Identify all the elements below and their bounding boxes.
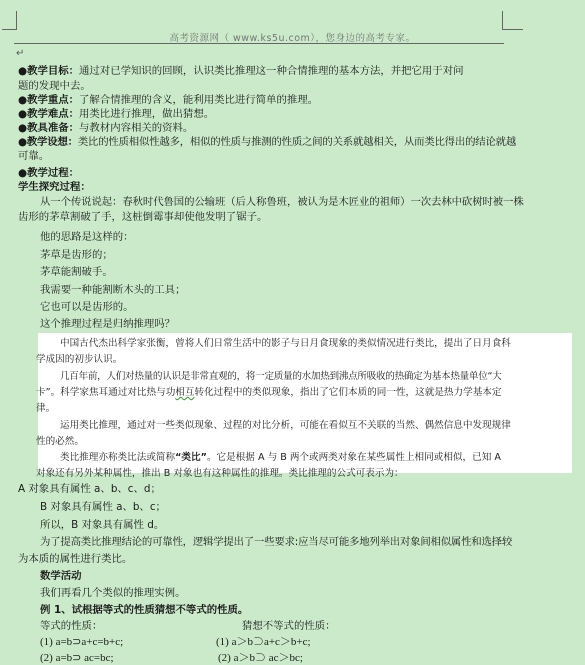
reliability-note-line-2: 为本质的属性进行类比。 <box>18 553 132 566</box>
reasoning-step: 他的思路是这样的： <box>40 231 134 244</box>
grammar-flag-text: 相互 <box>175 387 194 398</box>
objective-text: 与教材内容相关的资料。 <box>79 122 193 134</box>
inequality-properties-header: 猜想不等式的性质： <box>242 620 336 633</box>
objective-text: 通过对已学知识的回顾，认识类比推理这一种合情推理的基本方法，并把它用于对问 <box>79 65 463 77</box>
objective-key-point: ●教学重点：了解合情推理的含义，能利用类比进行简单的推理。 <box>18 94 318 107</box>
example-title: 例 1、试根据等式的性质猜想不等式的性质。 <box>40 604 248 617</box>
quote-p4-line2: 对象还有另外某种属性，推出 B 对象也有这种属性的推理。类比推理的公式可表示为： <box>36 468 404 480</box>
analogy-examples-box: 中国古代杰出科学家张衡，曾将人们日常生活中的影子与日月食现象的类似情况进行类比，… <box>38 333 572 473</box>
quote-p3-line2: 性的必然。 <box>36 436 84 448</box>
objective-design-cont: 可靠。 <box>18 150 49 163</box>
objective-goal-cont: 题的发现中去。 <box>18 80 91 93</box>
equality-properties-header: 等式的性质： <box>40 620 102 633</box>
header-divider <box>14 43 504 44</box>
objective-label: ●教学重点： <box>18 94 79 106</box>
equality-property-2: (2) a=b⊃ ac=bc; <box>40 652 114 665</box>
quote-p1-line1: 中国古代杰出科学家张衡，曾将人们日常生活中的影子与日月食现象的类似情况进行类比，… <box>60 338 511 350</box>
objective-label: ●教具准备： <box>18 122 79 134</box>
reasoning-step: 茅草是齿形的； <box>40 249 113 262</box>
quote-text: 转化过程中的类似现象，指出了它们本质的同一性，这就是热力学基本定 <box>194 387 501 398</box>
quote-p2-line3: 律。 <box>36 403 55 415</box>
objective-text: 用类比进行推理，做出猜想。 <box>79 108 214 120</box>
quote-p2-line2: 卡”。科学家焦耳通过对比热与功相互转化过程中的类似现象，指出了它们本质的同一性，… <box>36 387 501 399</box>
quote-p2-line1: 几百年前，人们对热量的认识是非常直观的，将一定质量的水加热到沸点所吸收的热确定为… <box>60 371 501 383</box>
student-exploration-title: 学生探究过程： <box>18 181 91 194</box>
activity-title: 数学活动 <box>40 570 82 583</box>
objective-difficulty: ●教学难点：用类比进行推理，做出猜想。 <box>18 108 214 121</box>
objective-materials: ●教具准备：与教材内容相关的资料。 <box>18 122 193 135</box>
story-line-2: 齿形的茅草割破了手，这桩倒霉事却使他发明了锯子。 <box>18 211 267 224</box>
formula-line-b: B 对象具有属性 a、b、c； <box>40 501 166 514</box>
quote-text: 。它是根据 A 与 B 两个或两类对象在某些属性上相同或相似，已知 A <box>207 452 501 463</box>
story-line-1: 从一个传说说起：春秋时代鲁国的公输班（后人称鲁班，被认为是木匠业的祖师）一次去林… <box>40 196 524 209</box>
quote-p1-line2: 学成因的初步认识。 <box>36 354 122 366</box>
quote-p4-line1: 类比推理亦称类比法或简称“类比”。它是根据 A 与 B 两个或两类对象在某些属性… <box>60 452 501 464</box>
objective-design: ●教学设想：类比的性质相似性越多，相似的性质与推测的性质之间的关系就越相关，从而… <box>18 136 516 149</box>
objective-label: ●教学难点： <box>18 108 79 120</box>
quote-p3-line1: 运用类比推理，通过对一些类似现象、过程的对比分析，可能在看似互不关联的当然、偶然… <box>60 420 511 432</box>
reasoning-step: 我需要一种能割断木头的工具； <box>40 284 185 297</box>
process-title: ●教学过程： <box>18 167 79 180</box>
objective-goal: ●教学目标：通过对已学知识的回顾，认识类比推理这一种合情推理的基本方法，并把它用… <box>18 65 463 78</box>
objective-label: ●教学设想： <box>18 136 78 148</box>
formula-line-a: A 对象具有属性 a、b、c、d； <box>18 483 161 496</box>
page-header: 高考资源网（ www.ks5u.com），您身边的高考专家。 <box>0 30 585 44</box>
page-corner-mark-left <box>2 11 17 30</box>
inequality-property-2: (2) a＞b⊃ ac＞bc; <box>218 652 303 665</box>
objective-text: 类比的性质相似性越多，相似的性质与推测的性质之间的关系就越相关，从而类比得出的结… <box>78 136 516 148</box>
inequality-property-1: (1) a＞b⊃a+c＞b+c; <box>216 636 311 649</box>
reasoning-question: 这个推理过程是归纳推理吗？ <box>40 318 175 331</box>
quote-text: 卡”。科学家焦耳通过对比热与功 <box>36 387 175 398</box>
activity-intro: 我们再看几个类似的推理实例。 <box>40 587 185 600</box>
formula-conclusion: 所以，B 对象具有属性 d。 <box>40 519 164 532</box>
quote-text: 类比推理亦称类比法或简称 <box>60 452 175 463</box>
reasoning-step: 它也可以是齿形的。 <box>40 301 134 314</box>
reliability-note-line-1: 为了提高类比推理结论的可靠性，逻辑学提出了一些要求:应当尽可能多地列举出对象间相… <box>40 536 512 549</box>
quote-emphasis: “类比” <box>175 452 207 463</box>
reasoning-step: 茅草能割破手。 <box>40 266 113 279</box>
objective-text: 了解合情推理的含义，能利用类比进行简单的推理。 <box>79 94 318 106</box>
equality-property-1: (1) a=b⊃a+c=b+c; <box>40 636 123 649</box>
paragraph-mark-icon: ↵ <box>16 48 24 59</box>
page-corner-mark-right <box>502 11 523 30</box>
objective-label: ●教学目标： <box>18 65 79 77</box>
